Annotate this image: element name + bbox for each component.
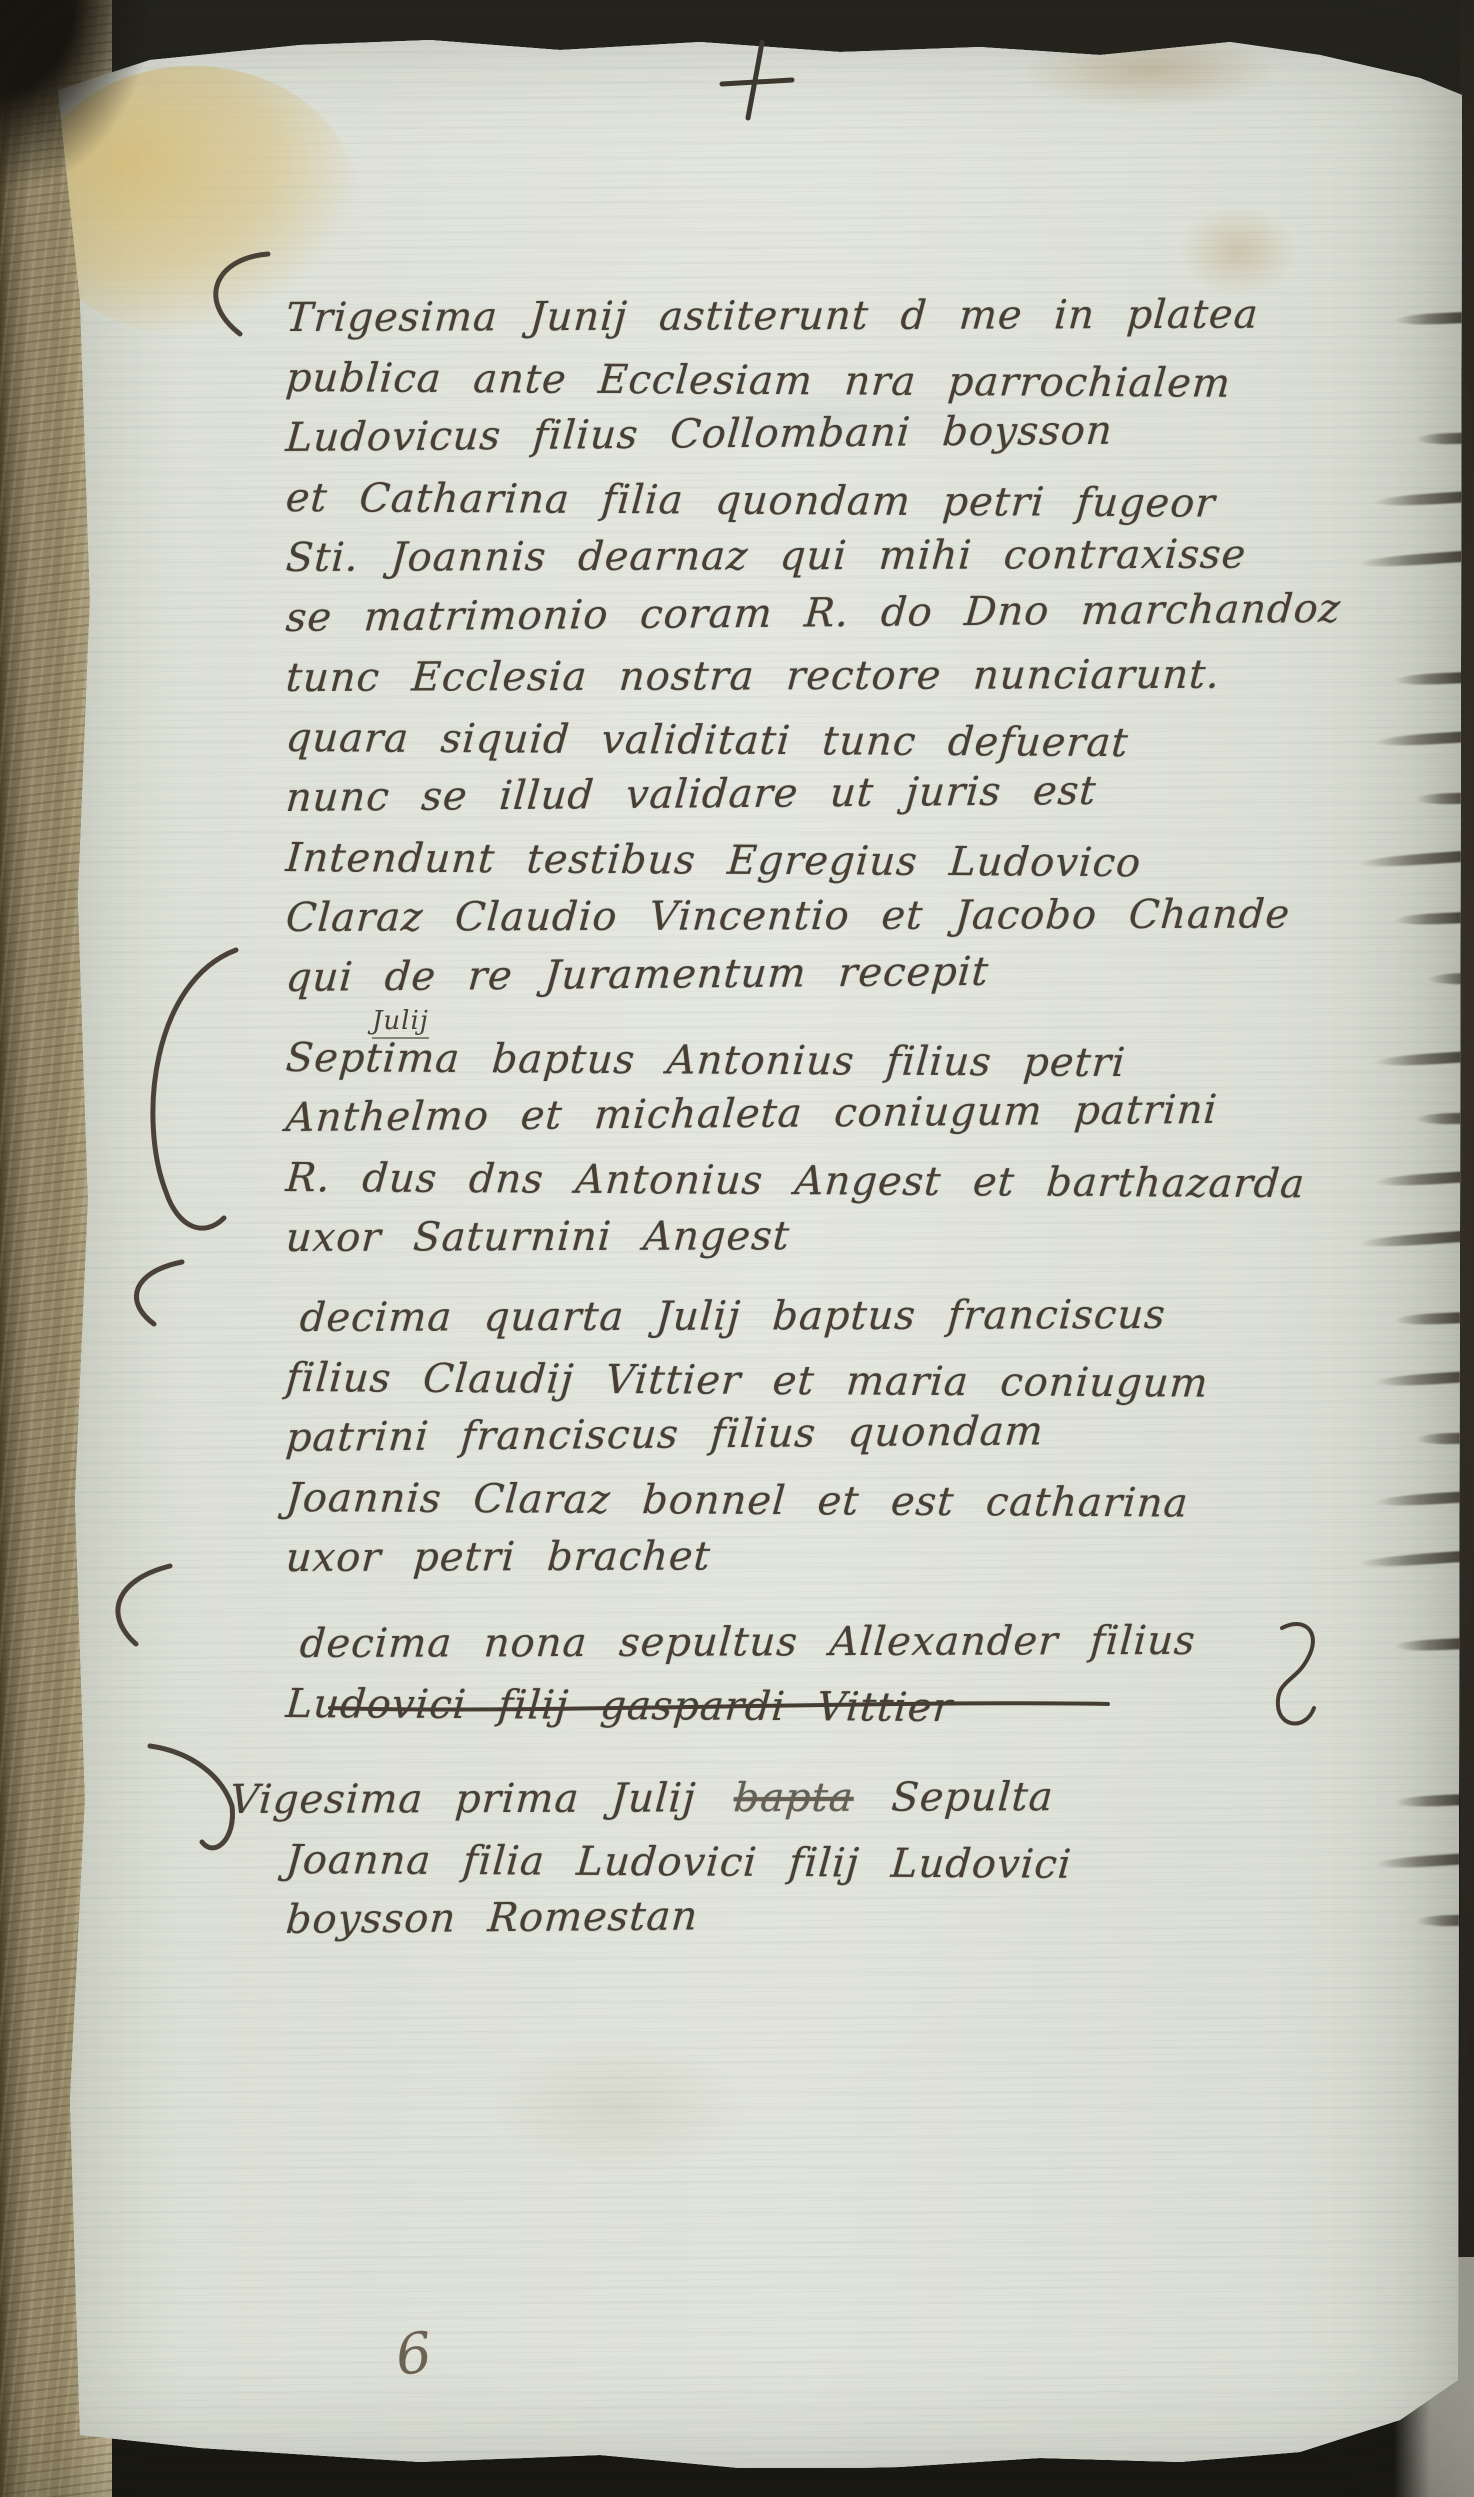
manuscript-line: decima nona sepultus Allexander filius	[300, 1614, 1472, 1674]
burial-entry-joanna: Vigesima prima Julij bapta SepultaJoanna…	[286, 1770, 1472, 1950]
line-end-flourish-icon	[1374, 1369, 1474, 1388]
manuscript-line-text: Vigesima prima Julij bapta Sepulta	[228, 1767, 1056, 1830]
line-end-flourish-icon	[1374, 1851, 1474, 1870]
line-end-flourish-icon	[1374, 729, 1474, 748]
manuscript-line-text: Sti. Joannis dearnaz qui mihi contraxiss…	[284, 525, 1248, 588]
line-end-flourish-icon	[1374, 489, 1474, 508]
baptism-entry-antonius: JulijSeptima baptus Antonius filius petr…	[286, 1028, 1472, 1268]
manuscript-line: Ludovicus filius Collombani boysson	[286, 408, 1472, 468]
line-end-flourish-icon	[1358, 1547, 1474, 1568]
manuscript-line-text: Joanna filia Ludovici filij Ludovici	[284, 1830, 1074, 1895]
manuscript-line: uxor petri brachet	[286, 1528, 1472, 1588]
manuscript-text: Trigesima Junij astiterunt d me in plate…	[286, 288, 1472, 1970]
foxing-stain	[1018, 30, 1278, 110]
photographed-register-page: Trigesima Junij astiterunt d me in plate…	[0, 0, 1474, 2497]
manuscript-line: se matrimonio coram R. do Dno marchandoz	[286, 588, 1472, 648]
manuscript-line: decima quarta Julij baptus franciscus	[300, 1288, 1472, 1348]
line-end-flourish-icon	[1358, 1227, 1474, 1248]
manuscript-line: Ludovici filij gaspardi Vittier	[286, 1674, 1472, 1734]
baptism-entry-franciscus: decima quarta Julij baptus franciscusfil…	[286, 1288, 1472, 1588]
manuscript-line-text: se matrimonio coram R. do Dno marchandoz	[284, 579, 1344, 648]
manuscript-line: Vigesima prima Julij bapta Sepulta	[230, 1770, 1472, 1830]
manuscript-line-text: decima quarta Julij baptus franciscus	[298, 1285, 1168, 1348]
manuscript-line: publica ante Ecclesiam nra parrochialem	[286, 348, 1472, 408]
manuscript-line-text: R. dus dns Antonius Angest et barthazard…	[284, 1148, 1308, 1214]
manuscript-line: Intendunt testibus Egregius Ludovico	[286, 828, 1472, 888]
manuscript-line: Septima baptus Antonius filius petri	[286, 1028, 1472, 1088]
manuscript-line-text: Anthelmo et michaleta coniugum patrini	[284, 1080, 1220, 1148]
book-fore-edge-shadow	[1460, 0, 1474, 2497]
manuscript-line: uxor Saturnini Angest	[286, 1208, 1472, 1268]
manuscript-line-text: Ludovicus filius Collombani boysson	[284, 401, 1116, 468]
line-end-flourish-icon	[1374, 1169, 1474, 1188]
line-end-flourish-icon	[1358, 847, 1474, 868]
manuscript-line-text: uxor petri brachet	[284, 1527, 713, 1588]
manuscript-line-text: et Catharina filia quondam petri fugeor	[284, 468, 1218, 534]
spine-shadow	[0, 0, 150, 190]
manuscript-line: R. dus dns Antonius Angest et barthazard…	[286, 1148, 1472, 1208]
strikethrough-word: bapta	[732, 1775, 855, 1821]
line-end-flourish-icon	[1374, 1049, 1474, 1068]
manuscript-line: et Catharina filia quondam petri fugeor	[286, 468, 1472, 528]
manuscript-line: patrini franciscus filius quondam	[286, 1408, 1472, 1468]
manuscript-line-text: uxor Saturnini Angest	[284, 1206, 792, 1268]
manuscript-line: quara siquid validitati tunc defuerat	[286, 708, 1472, 768]
manuscript-line: Anthelmo et michaleta coniugum patrini	[286, 1088, 1472, 1148]
paper-sheet: Trigesima Junij astiterunt d me in plate…	[58, 36, 1466, 2468]
manuscript-line: filius Claudij Vittier et maria coniugum	[286, 1348, 1472, 1408]
manuscript-line: boysson Romestan	[286, 1890, 1472, 1950]
manuscript-line: tunc Ecclesia nostra rectore nunciarunt.	[286, 648, 1472, 708]
manuscript-line: Claraz Claudio Vincentio et Jacobo Chand…	[286, 888, 1472, 948]
manuscript-line-text: Claraz Claudio Vincentio et Jacobo Chand…	[284, 884, 1292, 948]
manuscript-line-text: decima nona sepultus Allexander filius	[298, 1611, 1198, 1674]
manuscript-line: qui de re Juramentum recepit	[286, 948, 1472, 1008]
manuscript-line-text: Trigesima Junij astiterunt d me in plate…	[284, 285, 1261, 348]
manuscript-line-text: patrini franciscus filius quondam	[284, 1401, 1046, 1468]
manuscript-line: Joanna filia Ludovici filij Ludovici	[286, 1830, 1472, 1890]
manuscript-line-text: boysson Romestan	[284, 1886, 701, 1950]
manuscript-line: Trigesima Junij astiterunt d me in plate…	[286, 288, 1472, 348]
marriage-entry: Trigesima Junij astiterunt d me in plate…	[286, 288, 1472, 1008]
line-end-flourish-icon	[1374, 1489, 1474, 1508]
manuscript-line-text: Joannis Claraz bonnel et est catharina	[284, 1468, 1191, 1534]
manuscript-line: Joannis Claraz bonnel et est catharina	[286, 1468, 1472, 1528]
manuscript-line: nunc se illud validare ut juris est	[286, 768, 1472, 828]
line-end-flourish-icon	[1358, 547, 1474, 568]
manuscript-line-text: qui de re Juramentum recepit	[284, 942, 992, 1008]
foxing-stain	[1178, 206, 1298, 296]
show-through-smudge	[488, 2036, 748, 2176]
manuscript-line-text: tunc Ecclesia nostra rectore nunciarunt.	[284, 645, 1222, 708]
manuscript-line-text: Ludovici filij gaspardi Vittier	[284, 1674, 955, 1738]
burial-entry-allexander: decima nona sepultus Allexander filiusLu…	[286, 1614, 1472, 1734]
folio-number: 6	[393, 2320, 435, 2388]
manuscript-line-text: nunc se illud validare ut juris est	[284, 761, 1099, 828]
manuscript-line-text: Intendunt testibus Egregius Ludovico	[284, 828, 1144, 893]
